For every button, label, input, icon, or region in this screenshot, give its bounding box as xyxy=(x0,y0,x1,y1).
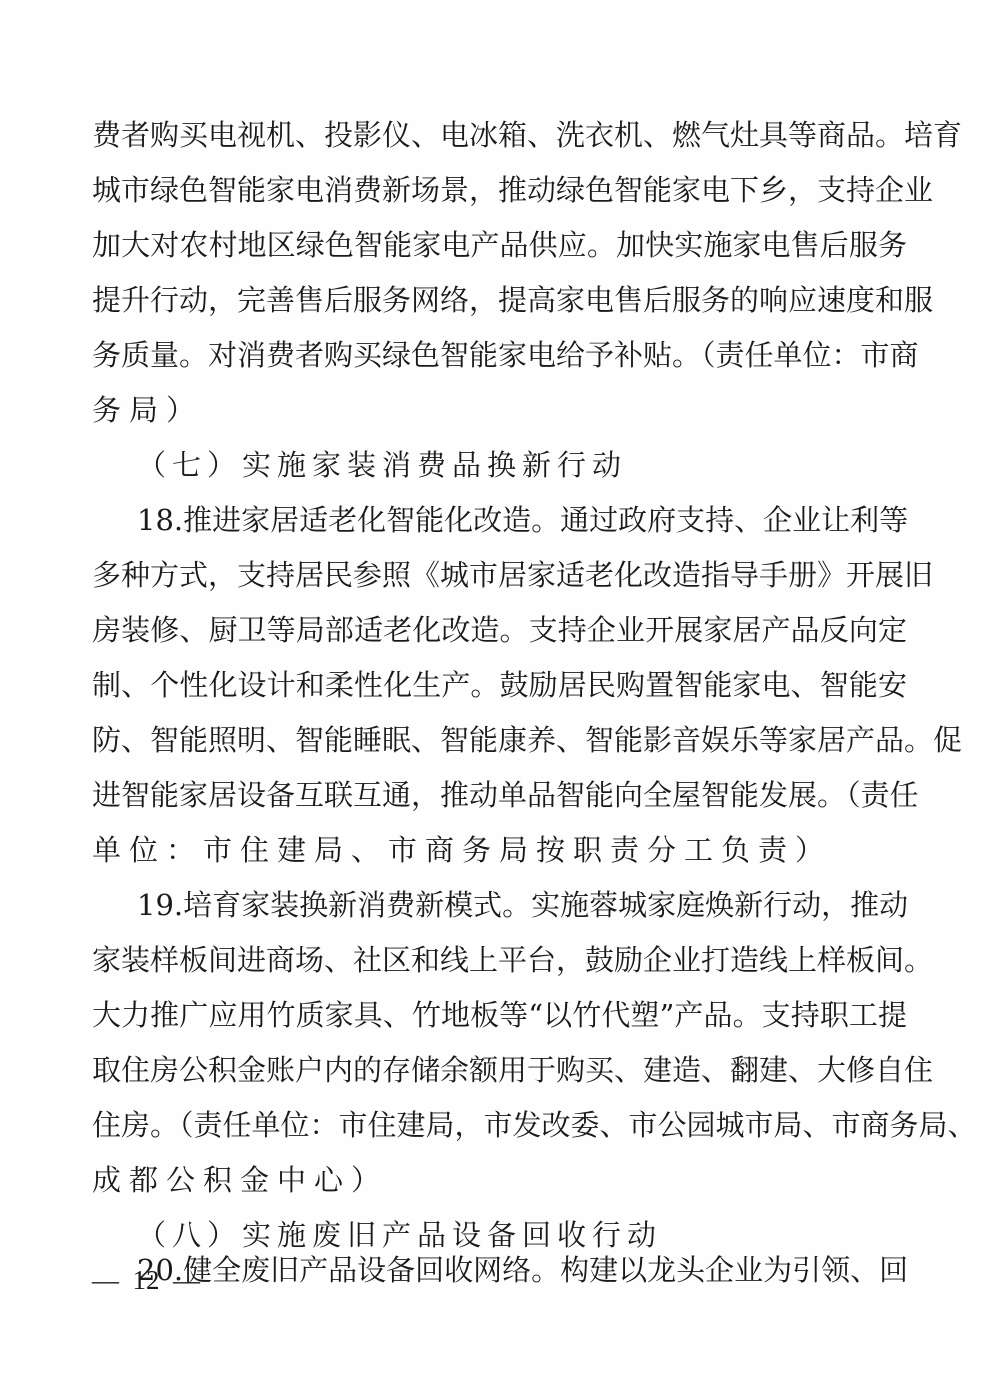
paragraph-line: 单位：市住建局、市商务局按职责分工负责） xyxy=(92,830,907,870)
paragraph-line: 取住房公积金账户内的存储余额用于购买、建造、翻建、大修自住 xyxy=(92,1050,907,1090)
paragraph-line: 进智能家居设备互联互通，推动单品智能向全屋智能发展。（责任 xyxy=(92,775,907,815)
item-18-first-line: 18.推进家居适老化智能化改造。通过政府支持、企业让利等 xyxy=(137,500,907,540)
item-19-first-line: 19.培育家装换新消费新模式。实施蓉城家庭焕新行动，推动 xyxy=(137,885,907,925)
section-heading-8: （八）实施废旧产品设备回收行动 xyxy=(137,1215,662,1255)
paragraph-line: 费者购买电视机、投影仪、电冰箱、洗衣机、燃气灶具等商品。培育 xyxy=(92,115,907,155)
paragraph-line: 提升行动，完善售后服务网络，提高家电售后服务的响应速度和服 xyxy=(92,280,907,320)
paragraph-line: 城市绿色智能家电消费新场景，推动绿色智能家电下乡，支持企业 xyxy=(92,170,907,210)
paragraph-line: 成都公积金中心） xyxy=(92,1160,907,1200)
page-number: — 12 — xyxy=(92,1260,200,1300)
paragraph-line: 务局） xyxy=(92,390,907,430)
item-20-first-line: 20.健全废旧产品设备回收网络。构建以龙头企业为引领、回 xyxy=(137,1250,907,1290)
paragraph-line: 家装样板间进商场、社区和线上平台，鼓励企业打造线上样板间。 xyxy=(92,940,907,980)
paragraph-line: 房装修、厨卫等局部适老化改造。支持企业开展家居产品反向定 xyxy=(92,610,907,650)
paragraph-line: 加大对农村地区绿色智能家电产品供应。加快实施家电售后服务 xyxy=(92,225,907,265)
paragraph-line: 务质量。对消费者购买绿色智能家电给予补贴。（责任单位：市商 xyxy=(92,335,907,375)
document-page: 费者购买电视机、投影仪、电冰箱、洗衣机、燃气灶具等商品。培育 城市绿色智能家电消… xyxy=(0,0,1000,1398)
paragraph-line: 大力推广应用竹质家具、竹地板等“以竹代塑”产品。支持职工提 xyxy=(92,995,907,1035)
paragraph-line: 住房。（责任单位：市住建局，市发改委、市公园城市局、市商务局、 xyxy=(92,1105,907,1145)
paragraph-line: 制、个性化设计和柔性化生产。鼓励居民购置智能家电、智能安 xyxy=(92,665,907,705)
paragraph-line: 防、智能照明、智能睡眠、智能康养、智能影音娱乐等家居产品。促 xyxy=(92,720,907,760)
paragraph-line: 多种方式，支持居民参照《城市居家适老化改造指导手册》开展旧 xyxy=(92,555,907,595)
section-heading-7: （七）实施家装消费品换新行动 xyxy=(137,445,627,485)
